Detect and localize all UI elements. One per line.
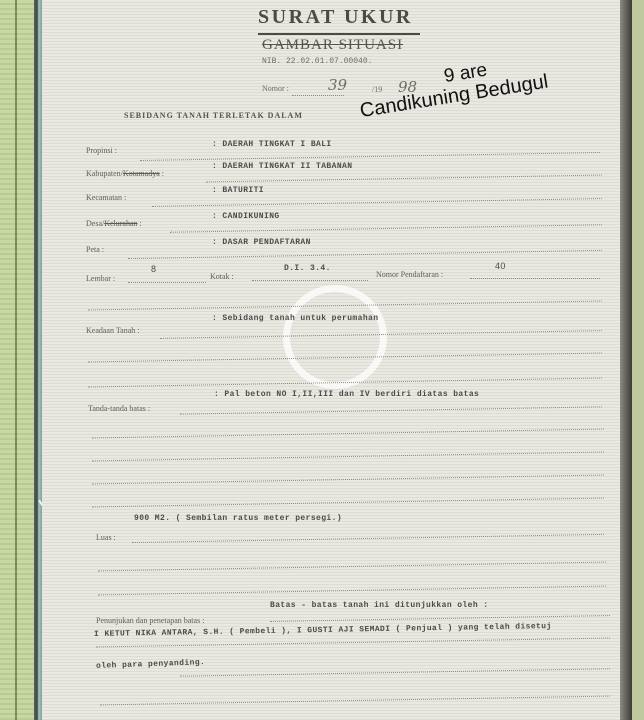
- propinsi-value: : DAERAH TINGKAT I BALI: [212, 140, 332, 149]
- document-title: SURAT UKUR: [258, 6, 413, 29]
- tanda-batas-label: Tanda-tanda batas :: [88, 404, 150, 413]
- kecamatan-value: : BATURITI: [212, 186, 264, 195]
- penunjukan-line1: Batas - batas tanah ini ditunjukkan oleh…: [270, 601, 488, 610]
- nib-number: NIB. 22.02.01.07.00040.: [262, 57, 372, 66]
- section-heading: SEBIDANG TANAH TERLETAK DALAM: [124, 111, 303, 120]
- nomor-separator: /19: [372, 85, 382, 94]
- peta-label: Peta :: [86, 245, 104, 254]
- kabupaten-label: Kabupaten/Kotamadya :: [86, 169, 164, 178]
- nomor-label: Nomor :: [262, 84, 289, 93]
- title-rule: [258, 33, 420, 35]
- binder-spine: [34, 0, 42, 720]
- tanda-batas-value: : Pal beton NO I,II,III dan IV berdiri d…: [214, 390, 479, 399]
- folder-line: [15, 0, 17, 720]
- peta-value: : DASAR PENDAFTARAN: [212, 238, 311, 247]
- luas-label: Luas :: [96, 533, 116, 542]
- luas-value: 900 M2. ( Sembilan ratus meter persegi.): [134, 514, 342, 523]
- desa-label: Desa/Kelurahan :: [86, 219, 142, 228]
- faded-seal-stamp: [283, 285, 387, 389]
- keadaan-tanah-label: Keadaan Tanah :: [86, 326, 140, 335]
- nomor-pendaftaran-line: [470, 278, 600, 279]
- propinsi-label: Propinsi :: [86, 146, 117, 155]
- keadaan-tanah-value: : Sebidang tanah untuk perumahan: [212, 314, 378, 323]
- nomor-pendaftaran-value: 40: [495, 261, 506, 271]
- kotak-value: D.I. 3.4.: [284, 264, 331, 273]
- nomor-value: 39: [328, 76, 347, 94]
- document-subtitle: GAMBAR SITUASI: [262, 37, 403, 54]
- nomor-pendaftaran-label: Nomor Pendaftaran :: [376, 270, 443, 279]
- penunjukan-label: Penunjukan dan penetapan batas :: [96, 616, 204, 625]
- kotak-label: Kotak :: [210, 272, 234, 281]
- lembar-value: 8: [151, 264, 156, 274]
- kotak-line: [252, 280, 368, 281]
- nomor-dotted-line: [292, 95, 344, 96]
- desa-value: : CANDIKUNING: [212, 212, 280, 221]
- page-edge-shadow: [620, 0, 632, 720]
- kecamatan-label: Kecamatan :: [86, 193, 126, 202]
- kabupaten-value: : DAERAH TINGKAT II TABANAN: [212, 162, 352, 171]
- lembar-line: [128, 282, 206, 283]
- lembar-label: Lembar :: [86, 274, 115, 283]
